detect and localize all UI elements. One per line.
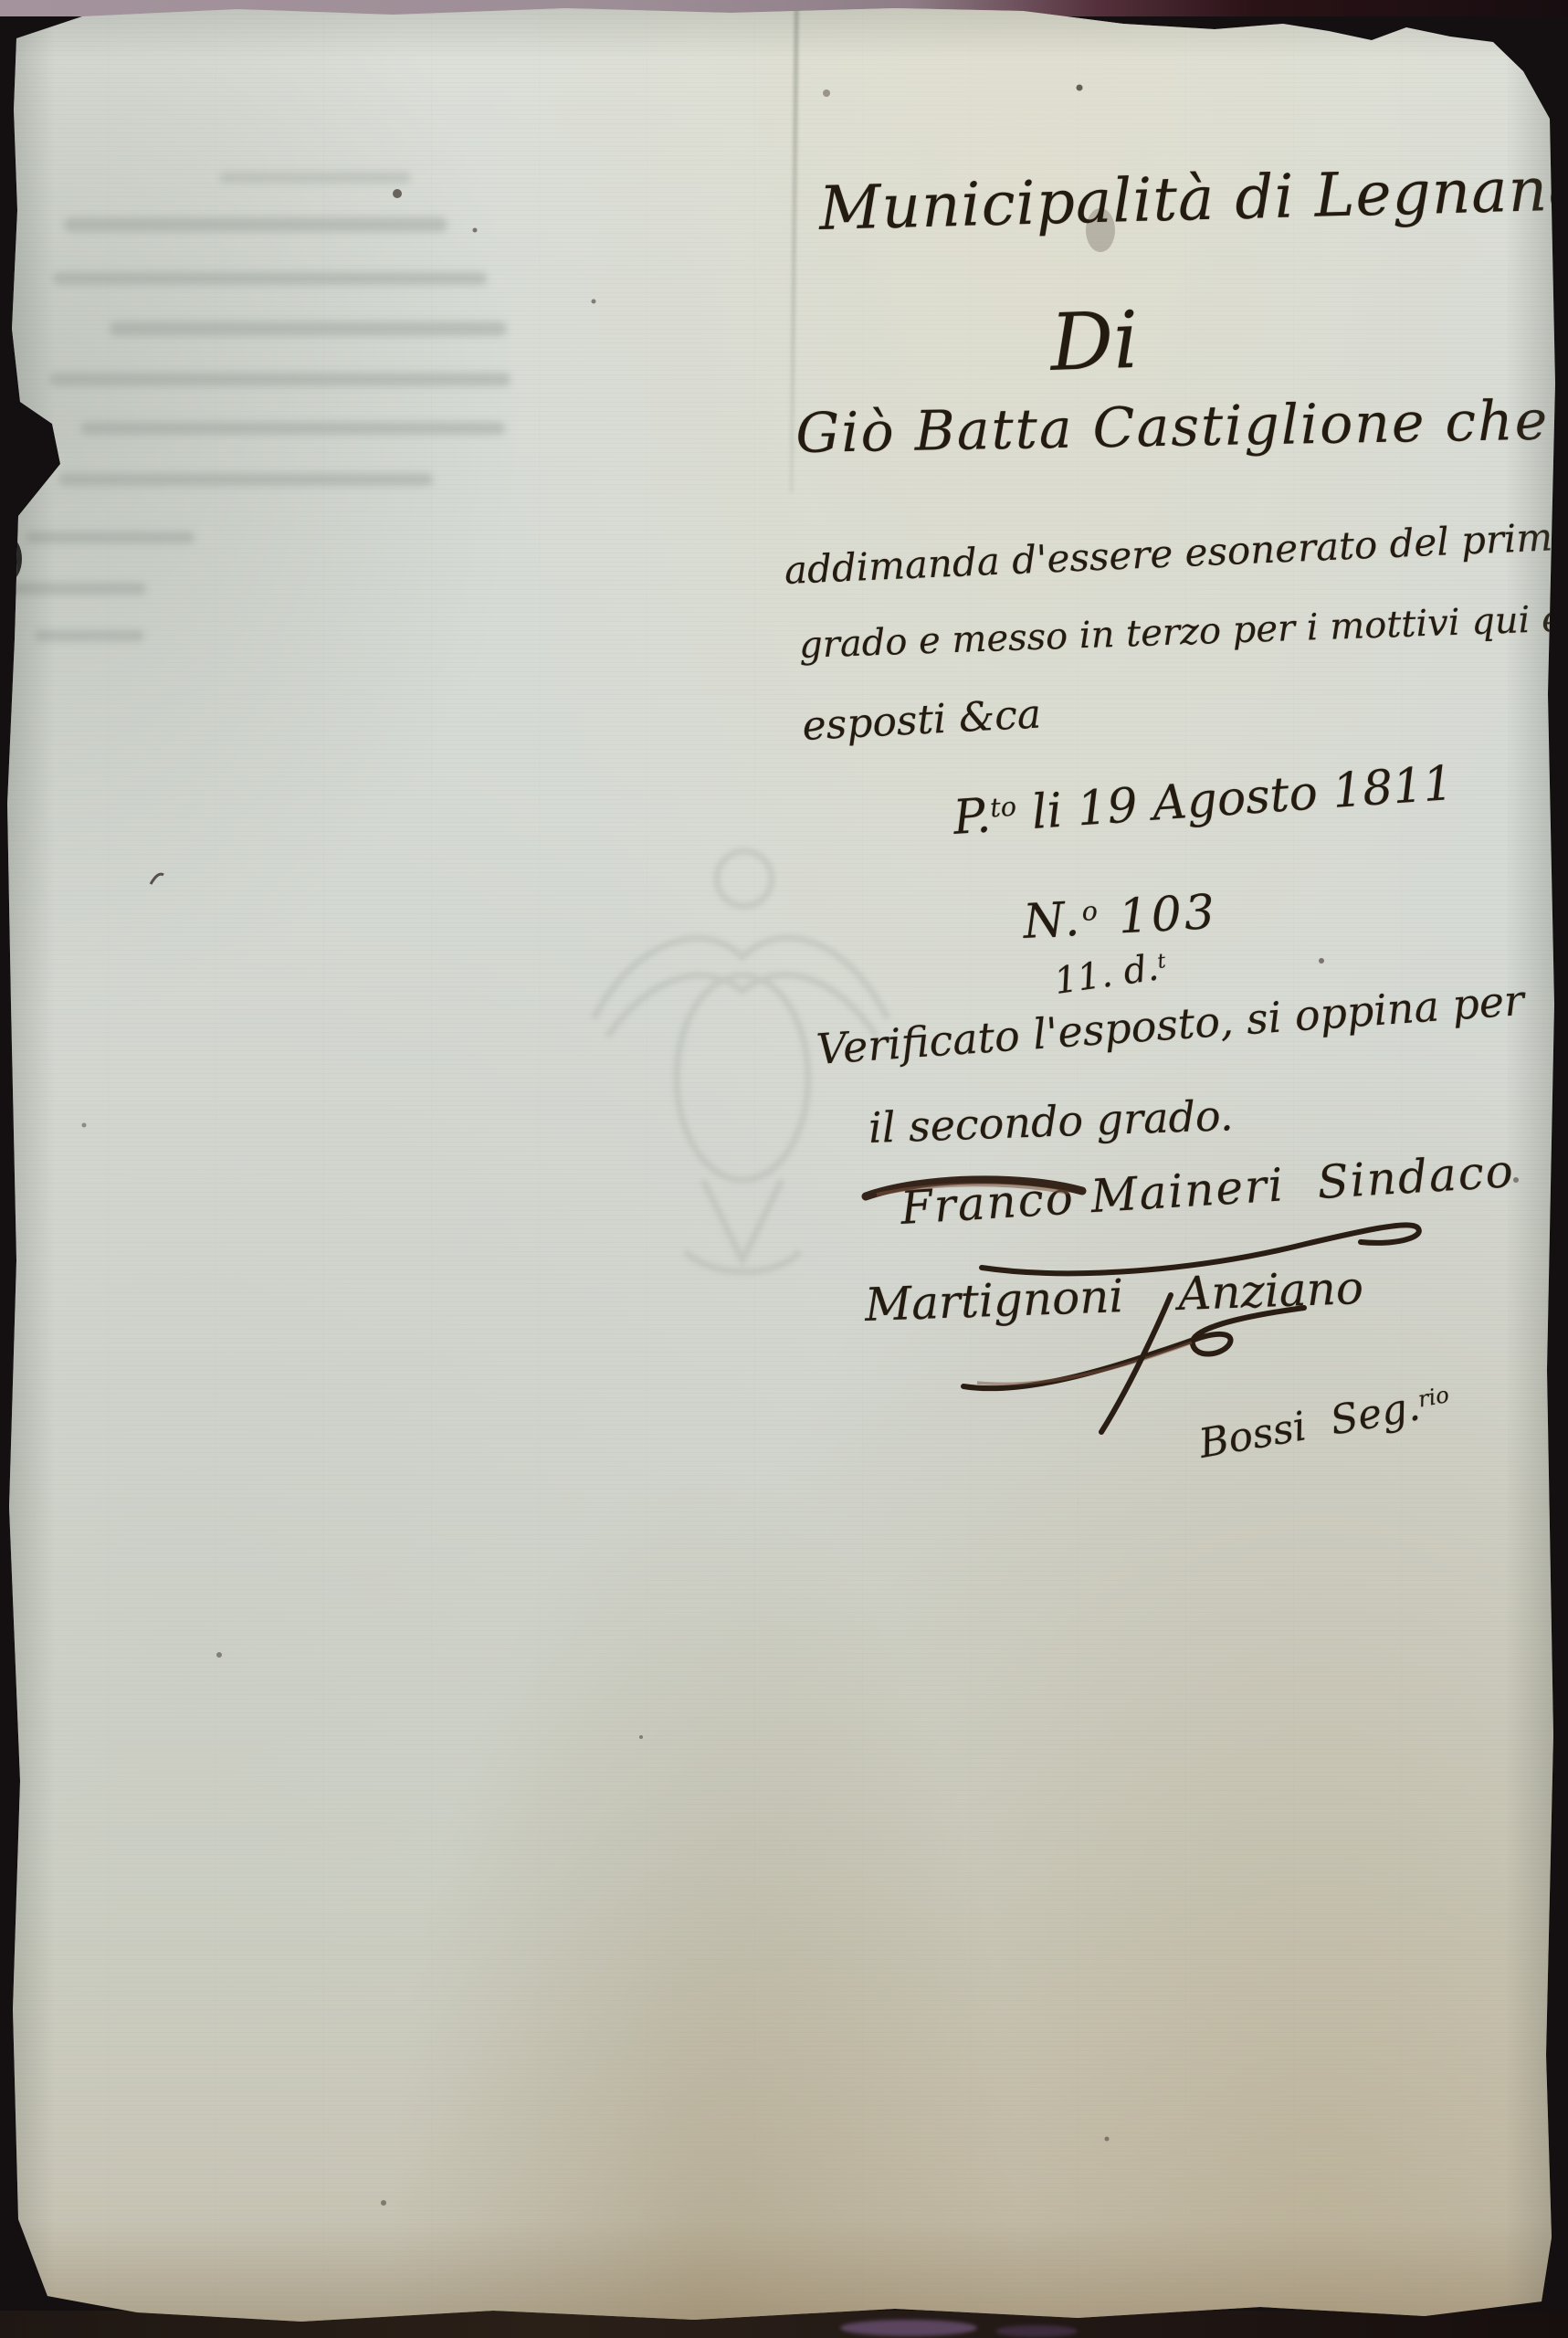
bottom-edge-purple-smudge <box>840 2320 977 2336</box>
paper-edge-vignette <box>0 0 1568 2338</box>
paper-sheet: Municipalità di Legnano Di Giò Batta Cas… <box>0 0 1568 2338</box>
bottom-edge-purple-smudge <box>995 2325 1078 2337</box>
scanned-manuscript-page: Municipalità di Legnano Di Giò Batta Cas… <box>0 0 1568 2338</box>
